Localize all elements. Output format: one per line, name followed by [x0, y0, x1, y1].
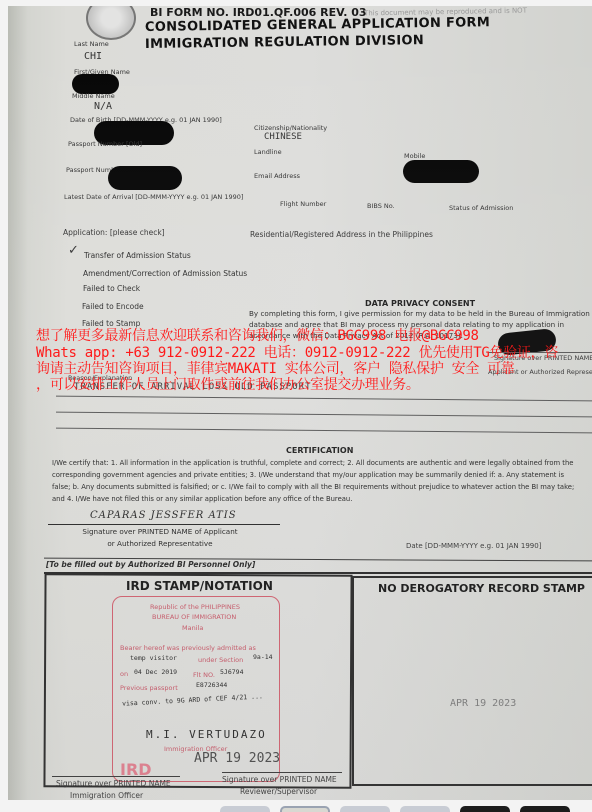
redaction-first-name — [72, 74, 119, 94]
option-failed-check[interactable]: Failed to Check — [83, 284, 140, 293]
thumbnail-6[interactable] — [520, 806, 570, 812]
watermark-line-4: ，可以安排工作人员上门取件或前往我们办公室提交办理业务。 — [36, 377, 420, 393]
citizenship-value: CHINESE — [264, 132, 302, 142]
middle-name-value: N/A — [94, 101, 112, 112]
flight-number-label: Flight Number — [280, 200, 326, 208]
reason-line-3 — [56, 428, 592, 434]
certification-line-3: false; b. Any documents submitted is fal… — [52, 481, 574, 493]
certification-line-4: and 4. I/We have not filed this or any s… — [52, 493, 352, 505]
stamp-prev-passport-label: Previous passport — [120, 684, 178, 692]
applicant-signature-line — [48, 524, 280, 525]
passport-old-label: Passport Number [Old] — [68, 140, 142, 148]
ndr-stamp-date: APR 19 2023 — [450, 698, 516, 709]
certification-line-1: I/We certify that: 1. All information in… — [52, 457, 573, 469]
watermark-line-3: 询请主动告知咨询项目，菲律宾MAKATI 实体公司，客户 隐私保护 安全 可靠 — [36, 361, 515, 377]
arrival-date-label: Latest Date of Arrival [DD-MMM-YYYY e.g.… — [64, 193, 243, 201]
redaction-mobile — [403, 160, 479, 183]
stamp-on-label: on — [120, 670, 128, 678]
privacy-title: DATA PRIVACY CONSENT — [365, 299, 475, 308]
applicant-signature: CAPARAS JESSFER ATIS — [90, 510, 237, 521]
image-viewer: BI FORM NO. IRD01.QF.006 REV. 03 This do… — [0, 0, 592, 812]
no-derogatory-record-box — [352, 576, 592, 786]
watermark-line-2: Whats app: +63 912-0912-222 电话：0912-0912… — [36, 345, 558, 361]
thumbnail-2-selected[interactable] — [280, 806, 330, 812]
stamp-section-value: 9a-14 — [253, 653, 273, 661]
officer-caption-1: Signature over PRINTED NAME — [56, 779, 171, 788]
certification-line-2: corresponding government agencies and pr… — [52, 469, 564, 481]
redaction-passport — [108, 166, 182, 190]
ndr-box-title: NO DEROGATORY RECORD STAMP — [378, 582, 585, 595]
stamp-city: Manila — [182, 624, 203, 632]
ird-stamp-date: APR 19 2023 — [194, 751, 280, 766]
option-failed-stamp[interactable]: Failed to Stamp — [82, 319, 140, 328]
status-admission-label: Status of Admission — [449, 204, 513, 212]
last-name-value: CHI — [84, 51, 102, 62]
reviewer-caption-1: Signature over PRINTED NAME — [222, 775, 337, 784]
watermark-line-1: 想了解更多最新信息欢迎联系和咨询我们，微信：BGC998 电报@BGC998 — [36, 328, 479, 344]
middle-name-label: Middle Name — [72, 92, 115, 100]
application-heading: Application: [please check] — [63, 228, 165, 237]
reviewer-signature-line — [222, 772, 342, 773]
address-label: Residential/Registered Address in the Ph… — [250, 230, 433, 239]
thumbnail-5[interactable] — [460, 806, 510, 812]
certification-title: CERTIFICATION — [286, 446, 353, 455]
officer-name: M.I. VERTUDAZO — [146, 728, 267, 741]
stamp-on-value: 04 Dec 2019 — [134, 668, 177, 676]
officer-signature-line — [52, 776, 180, 777]
bureau-seal-icon — [86, 6, 136, 40]
thumbnail-4[interactable] — [400, 806, 450, 812]
reason-line-1 — [56, 396, 592, 402]
stamp-bureau: BUREAU OF IMMIGRATION — [152, 613, 236, 621]
officer-caption-2: Immigration Officer — [70, 791, 143, 800]
date-label: Date [DD-MMM-YYYY e.g. 01 JAN 1990] — [406, 542, 541, 550]
stamp-flt-label: Flt NO. — [193, 671, 215, 679]
mobile-label: Mobile — [404, 152, 425, 160]
email-label: Email Address — [254, 172, 300, 180]
reviewer-caption-2: Reviewer/Supervisor — [240, 787, 317, 796]
stamp-republic: Republic of the PHILIPPINES — [150, 603, 240, 611]
stamp-flt-value: 5J6794 — [220, 668, 243, 676]
applicant-sig-caption-1: Signature over PRINTED NAME of Applicant — [70, 527, 250, 536]
reason-line-2 — [56, 412, 592, 418]
check-icon: ✓ — [68, 243, 79, 258]
division-title: IMMIGRATION REGULATION DIVISION — [145, 33, 424, 52]
applicant-sig-caption-2: or Authorized Representative — [70, 539, 250, 548]
stamp-section-label: under Section — [198, 656, 243, 664]
last-name-label: Last Name — [74, 40, 109, 48]
landline-label: Landline — [254, 148, 282, 156]
thumbnail-1[interactable] — [220, 806, 270, 812]
option-transfer-admission[interactable]: Transfer of Admission Status — [84, 251, 191, 260]
citizenship-label: Citizenship/Nationality — [254, 124, 327, 132]
stamp-admitted-as: temp visitor — [130, 654, 177, 662]
bi-only-note: [To be filled out by Authorized BI Perso… — [46, 560, 255, 569]
document-photo: BI FORM NO. IRD01.QF.006 REV. 03 This do… — [8, 6, 592, 800]
stamp-bearer-text: Bearer hereof was previously admitted as — [120, 644, 256, 652]
thumbnail-strip — [220, 806, 570, 812]
stamp-prev-passport-value: E8726344 — [196, 681, 227, 689]
option-failed-encode[interactable]: Failed to Encode — [82, 302, 144, 311]
bibs-label: BIBS No. — [367, 202, 395, 210]
option-amendment[interactable]: Amendment/Correction of Admission Status — [83, 269, 247, 278]
thumbnail-3[interactable] — [340, 806, 390, 812]
ird-box-title: IRD STAMP/NOTATION — [126, 579, 273, 593]
